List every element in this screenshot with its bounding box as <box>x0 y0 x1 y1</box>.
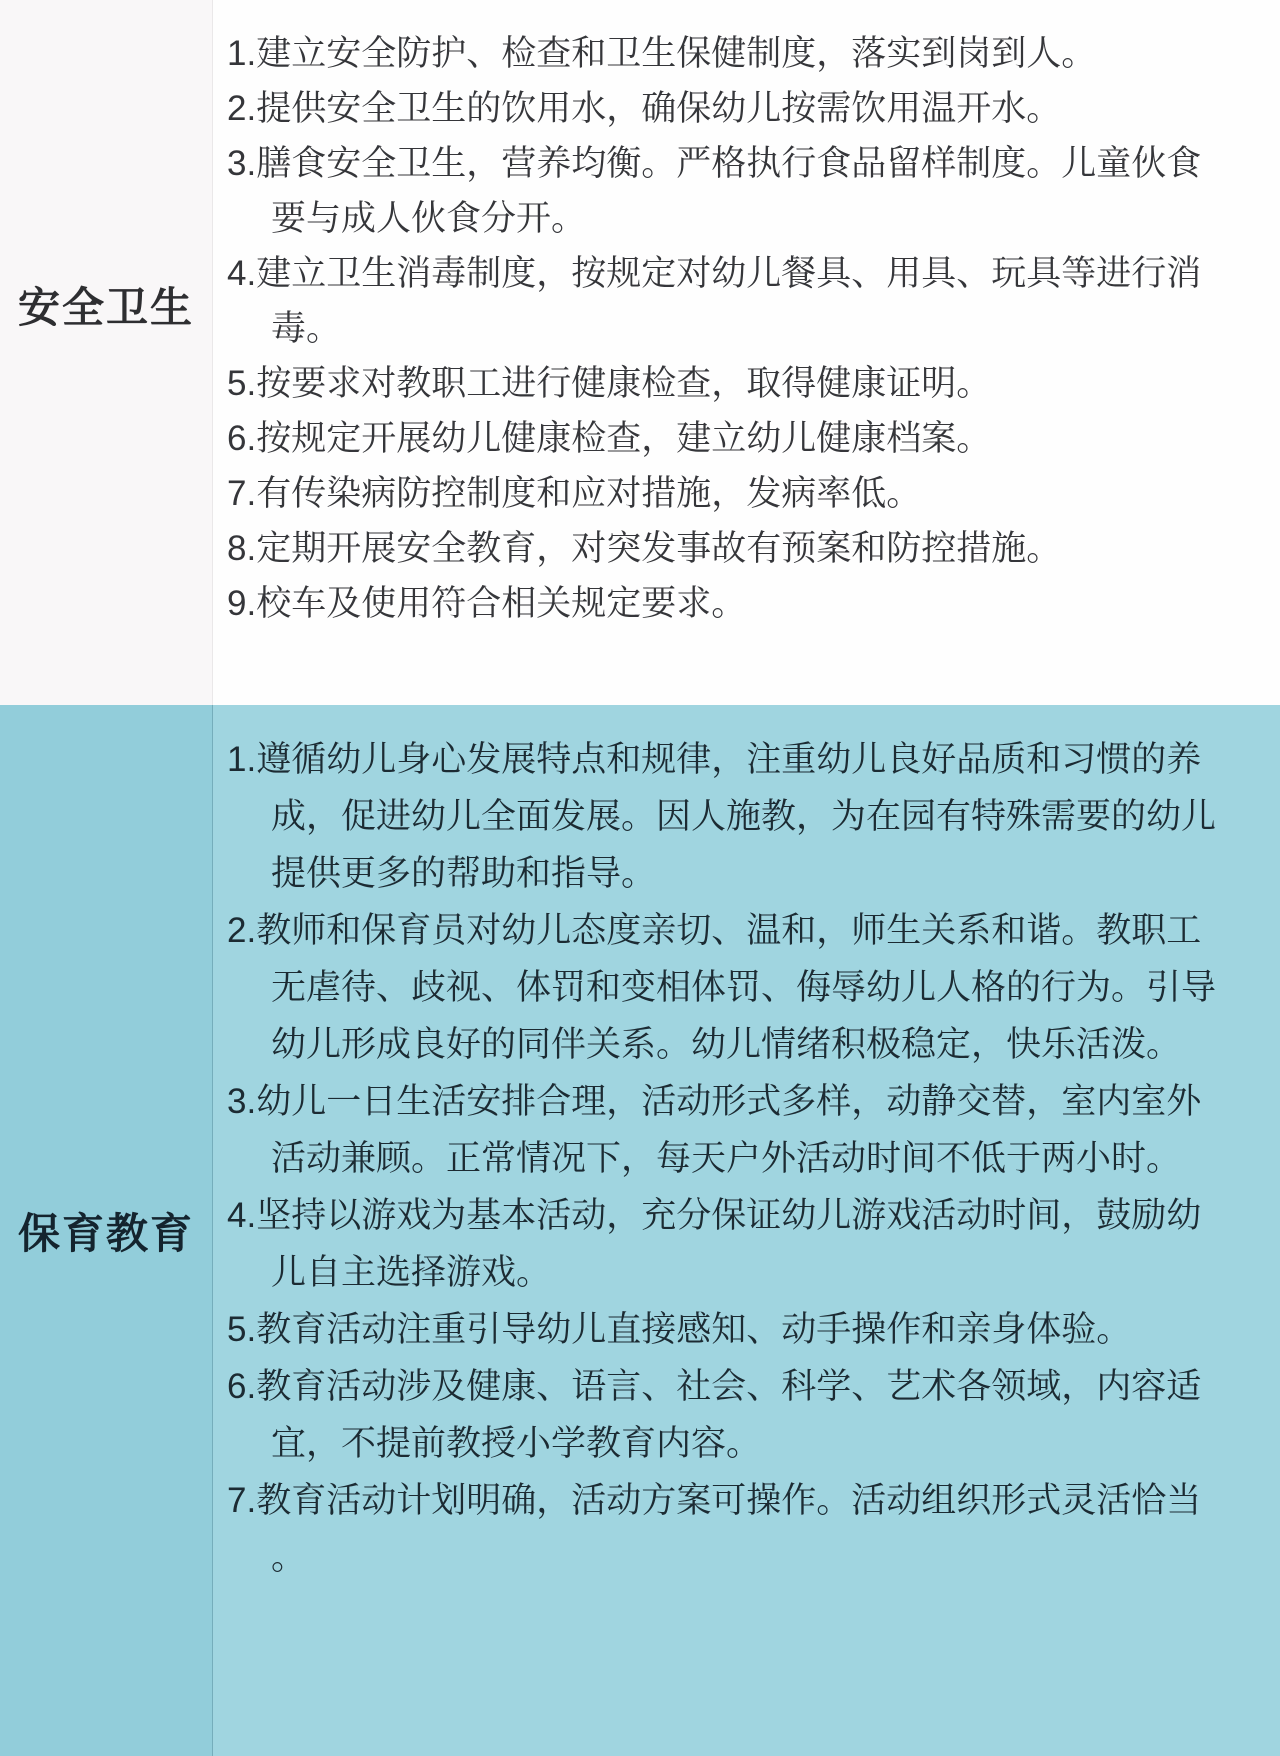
safety-section-title: 安全卫生 <box>18 275 194 335</box>
list-item: 5.教育活动注重引导幼儿直接感知、动手操作和亲身体验。 <box>227 1301 1217 1358</box>
item-number: 2. <box>227 89 256 128</box>
list-item: 9.校车及使用符合相关规定要求。 <box>227 576 1217 631</box>
list-item: 2.提供安全卫生的饮用水，确保幼儿按需饮用温开水。 <box>227 81 1217 136</box>
safety-label-cell: 安全卫生 <box>0 0 213 705</box>
item-number: 4. <box>227 254 256 293</box>
education-section-title: 保育教育 <box>18 1201 194 1261</box>
item-text: 坚持以游戏为基本活动，充分保证幼儿游戏活动时间，鼓励幼儿自主选择游戏。 <box>256 1196 1201 1292</box>
list-item: 8.定期开展安全教育，对突发事故有预案和防控措施。 <box>227 521 1217 576</box>
item-text: 按要求对教职工进行健康检查，取得健康证明。 <box>256 364 991 403</box>
item-text: 校车及使用符合相关规定要求。 <box>256 584 746 623</box>
item-text: 按规定开展幼儿健康检查，建立幼儿健康档案。 <box>256 419 991 458</box>
list-item: 3.膳食安全卫生，营养均衡。严格执行食品留样制度。儿童伙食要与成人伙食分开。 <box>227 136 1217 246</box>
education-item-list: 1.遵循幼儿身心发展特点和规律，注重幼儿良好品质和习惯的养成，促进幼儿全面发展。… <box>227 731 1217 1586</box>
list-item: 3.幼儿一日生活安排合理，活动形式多样，动静交替，室内室外活动兼顾。正常情况下，… <box>227 1073 1217 1187</box>
section-childcare-education: 保育教育 1.遵循幼儿身心发展特点和规律，注重幼儿良好品质和习惯的养成，促进幼儿… <box>0 705 1280 1756</box>
item-text: 幼儿一日生活安排合理，活动形式多样，动静交替，室内室外活动兼顾。正常情况下，每天… <box>256 1082 1201 1178</box>
document-page: 安全卫生 1.建立安全防护、检查和卫生保健制度，落实到岗到人。2.提供安全卫生的… <box>0 0 1280 1756</box>
item-number: 7. <box>227 474 256 513</box>
education-content-cell: 1.遵循幼儿身心发展特点和规律，注重幼儿良好品质和习惯的养成，促进幼儿全面发展。… <box>213 705 1280 1756</box>
item-number: 6. <box>227 419 256 458</box>
item-text: 有传染病防控制度和应对措施，发病率低。 <box>256 474 921 513</box>
item-number: 3. <box>227 144 256 183</box>
list-item: 7.教育活动计划明确，活动方案可操作。活动组织形式灵活恰当。 <box>227 1472 1217 1586</box>
item-text: 定期开展安全教育，对突发事故有预案和防控措施。 <box>256 529 1061 568</box>
item-text: 膳食安全卫生，营养均衡。严格执行食品留样制度。儿童伙食要与成人伙食分开。 <box>256 144 1201 238</box>
item-text: 教育活动注重引导幼儿直接感知、动手操作和亲身体验。 <box>256 1310 1131 1349</box>
item-text: 教师和保育员对幼儿态度亲切、温和，师生关系和谐。教职工无虐待、歧视、体罚和变相体… <box>256 911 1216 1064</box>
education-label-cell: 保育教育 <box>0 705 213 1756</box>
item-text: 建立卫生消毒制度，按规定对幼儿餐具、用具、玩具等进行消毒。 <box>256 254 1201 348</box>
safety-content-cell: 1.建立安全防护、检查和卫生保健制度，落实到岗到人。2.提供安全卫生的饮用水，确… <box>213 0 1280 705</box>
list-item: 7.有传染病防控制度和应对措施，发病率低。 <box>227 466 1217 521</box>
list-item: 5.按要求对教职工进行健康检查，取得健康证明。 <box>227 356 1217 411</box>
list-item: 6.按规定开展幼儿健康检查，建立幼儿健康档案。 <box>227 411 1217 466</box>
list-item: 4.坚持以游戏为基本活动，充分保证幼儿游戏活动时间，鼓励幼儿自主选择游戏。 <box>227 1187 1217 1301</box>
list-item: 4.建立卫生消毒制度，按规定对幼儿餐具、用具、玩具等进行消毒。 <box>227 246 1217 356</box>
list-item: 1.建立安全防护、检查和卫生保健制度，落实到岗到人。 <box>227 26 1217 81</box>
item-number: 2. <box>227 911 256 950</box>
item-text: 建立安全防护、检查和卫生保健制度，落实到岗到人。 <box>256 34 1096 73</box>
item-number: 5. <box>227 1310 256 1349</box>
item-number: 3. <box>227 1082 256 1121</box>
item-number: 7. <box>227 1481 256 1520</box>
item-number: 9. <box>227 584 256 623</box>
item-number: 6. <box>227 1367 256 1406</box>
list-item: 6.教育活动涉及健康、语言、社会、科学、艺术各领域，内容适宜，不提前教授小学教育… <box>227 1358 1217 1472</box>
safety-item-list: 1.建立安全防护、检查和卫生保健制度，落实到岗到人。2.提供安全卫生的饮用水，确… <box>227 26 1217 631</box>
list-item: 1.遵循幼儿身心发展特点和规律，注重幼儿良好品质和习惯的养成，促进幼儿全面发展。… <box>227 731 1217 902</box>
item-number: 1. <box>227 740 256 779</box>
item-text: 遵循幼儿身心发展特点和规律，注重幼儿良好品质和习惯的养成，促进幼儿全面发展。因人… <box>256 740 1216 893</box>
section-safety-hygiene: 安全卫生 1.建立安全防护、检查和卫生保健制度，落实到岗到人。2.提供安全卫生的… <box>0 0 1280 705</box>
list-item: 2.教师和保育员对幼儿态度亲切、温和，师生关系和谐。教职工无虐待、歧视、体罚和变… <box>227 902 1217 1073</box>
item-text: 提供安全卫生的饮用水，确保幼儿按需饮用温开水。 <box>256 89 1061 128</box>
item-number: 4. <box>227 1196 256 1235</box>
item-number: 1. <box>227 34 256 73</box>
item-text: 教育活动涉及健康、语言、社会、科学、艺术各领域，内容适宜，不提前教授小学教育内容… <box>256 1367 1201 1463</box>
item-number: 8. <box>227 529 256 568</box>
item-text: 教育活动计划明确，活动方案可操作。活动组织形式灵活恰当。 <box>256 1481 1201 1577</box>
item-number: 5. <box>227 364 256 403</box>
